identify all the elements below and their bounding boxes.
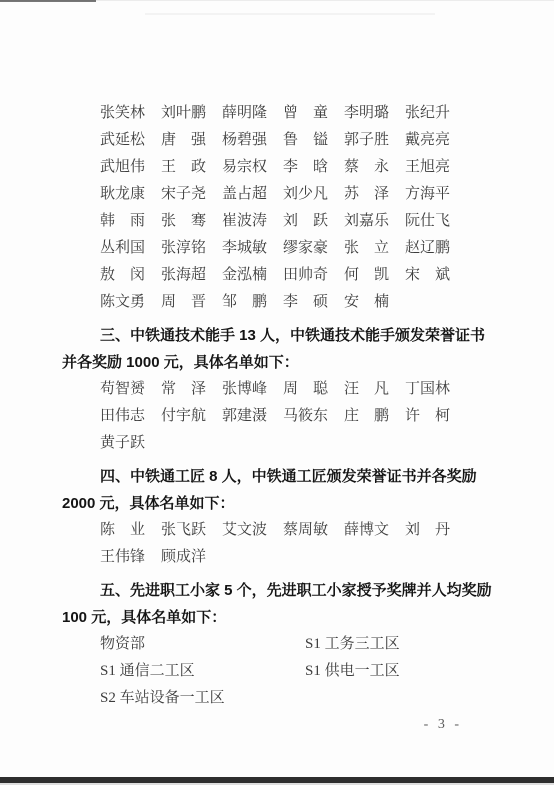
person-name: 唐 强 (161, 127, 206, 154)
person-name: 周 晋 (161, 289, 206, 316)
person-name: 郭建滠 (222, 403, 267, 430)
section-heading-line: 四、中铁通工匠 8 人，中铁通工匠颁发荣誉证书并各奖励 (62, 463, 495, 490)
person-name: 蔡周敏 (283, 517, 328, 544)
person-name: 盖占超 (222, 181, 267, 208)
person-name: 敖 闵 (100, 262, 145, 289)
advanced-unit-list: 物资部S1 工务三工区S1 通信二工区S1 供电一工区S2 车站设备一工区 (100, 631, 495, 712)
section-heading-line: 并各奖励 1000 元，具体名单如下： (62, 349, 495, 376)
person-name: 郭子胜 (344, 127, 389, 154)
section-heading-line: 五、先进职工小家 5 个，先进职工小家授予奖牌并人均奖励 (62, 577, 495, 604)
person-name: 李 硕 (283, 289, 328, 316)
scan-smudge-top-left (0, 0, 96, 2)
person-name: 李明璐 (344, 100, 389, 127)
section-heading-line: 2000 元，具体名单如下： (62, 490, 495, 517)
person-name: 曾 童 (283, 100, 328, 127)
award-name-list-craftsmen: 陈 业张飞跃艾文波蔡周敏薛博文刘 丹王伟锋顾成洋 (100, 517, 495, 571)
person-name: 武旭伟 (100, 154, 145, 181)
person-name: 张 骞 (161, 208, 206, 235)
person-name: 耿龙康 (100, 181, 145, 208)
person-name: 刘叶鹏 (161, 100, 206, 127)
person-name: 韩 雨 (100, 208, 145, 235)
award-name-list-technical-experts: 苟智赟常 泽张博峰周 聪汪 凡丁国林田伟志付宇航郭建滠马筱东庄 鹏许 柯黄子跃 (100, 376, 495, 457)
person-name: 张飞跃 (161, 517, 206, 544)
person-name: 艾文波 (222, 517, 267, 544)
person-name: 黄子跃 (100, 430, 145, 457)
person-name: 阮仕飞 (405, 208, 450, 235)
person-name: 赵辽鹏 (405, 235, 450, 262)
person-name: 安 楠 (344, 289, 389, 316)
person-name: 薛明隆 (222, 100, 267, 127)
unit-name (305, 685, 495, 712)
person-name: 刘 丹 (405, 517, 450, 544)
person-name: 马筱东 (283, 403, 328, 430)
person-name: 鲁 镒 (283, 127, 328, 154)
person-name: 戴亮亮 (405, 127, 450, 154)
person-name: 汪 凡 (344, 376, 389, 403)
person-name: 刘嘉乐 (344, 208, 389, 235)
person-name: 张海超 (161, 262, 206, 289)
person-name: 杨碧强 (222, 127, 267, 154)
person-name: 苏 泽 (344, 181, 389, 208)
person-name: 王旭亮 (405, 154, 450, 181)
person-name: 方海平 (405, 181, 450, 208)
person-name: 张笑林 (100, 100, 145, 127)
person-name: 邹 鹏 (222, 289, 267, 316)
unit-name: S1 通信二工区 (100, 658, 305, 685)
unit-name: S1 工务三工区 (305, 631, 495, 658)
person-name: 王伟锋 (100, 544, 145, 571)
person-name: 缪家豪 (283, 235, 328, 262)
person-name: 武延松 (100, 127, 145, 154)
person-name: 丁国林 (405, 376, 450, 403)
person-name: 顾成洋 (161, 544, 206, 571)
person-name: 宋 斌 (405, 262, 450, 289)
person-name: 庄 鹏 (344, 403, 389, 430)
person-name: 蔡 永 (344, 154, 389, 181)
scan-streak (145, 13, 435, 15)
person-name: 金泓楠 (222, 262, 267, 289)
person-name: 李 晗 (283, 154, 328, 181)
page-number: - 3 - (424, 717, 462, 733)
person-name: 陈文勇 (100, 289, 145, 316)
person-name: 张 立 (344, 235, 389, 262)
person-name: 王 政 (161, 154, 206, 181)
unit-name: 物资部 (100, 631, 305, 658)
person-name: 何 凯 (344, 262, 389, 289)
person-name: 刘 跃 (283, 208, 328, 235)
person-name: 李城敏 (222, 235, 267, 262)
section-heading-3: 三、中铁通技术能手 13 人，中铁通技术能手颁发荣誉证书 并各奖励 1000 元… (62, 322, 495, 376)
scanned-document-page: { "document": { "continued_names": [ ["张… (0, 0, 554, 785)
person-name: 苟智赟 (100, 376, 145, 403)
person-name: 陈 业 (100, 517, 145, 544)
person-name: 崔波涛 (222, 208, 267, 235)
person-name: 宋子尧 (161, 181, 206, 208)
document-body: 张笑林刘叶鹏薛明隆曾 童李明璐张纪升武延松唐 强杨碧强鲁 镒郭子胜戴亮亮武旭伟王… (62, 100, 495, 712)
person-name: 常 泽 (161, 376, 206, 403)
person-name: 田伟志 (100, 403, 145, 430)
section-heading-4: 四、中铁通工匠 8 人，中铁通工匠颁发荣誉证书并各奖励 2000 元，具体名单如… (62, 463, 495, 517)
person-name: 田帅奇 (283, 262, 328, 289)
person-name: 周 聪 (283, 376, 328, 403)
person-name: 张淳铭 (161, 235, 206, 262)
person-name: 许 柯 (405, 403, 450, 430)
person-name: 丛利国 (100, 235, 145, 262)
person-name: 付宇航 (161, 403, 206, 430)
unit-name: S2 车站设备一工区 (100, 685, 305, 712)
section-heading-line: 三、中铁通技术能手 13 人，中铁通技术能手颁发荣誉证书 (62, 322, 495, 349)
section-heading-5: 五、先进职工小家 5 个，先进职工小家授予奖牌并人均奖励 100 元，具体名单如… (62, 577, 495, 631)
person-name: 易宗权 (222, 154, 267, 181)
person-name: 刘少凡 (283, 181, 328, 208)
section-heading-line: 100 元，具体名单如下： (62, 604, 495, 631)
award-name-list-continued: 张笑林刘叶鹏薛明隆曾 童李明璐张纪升武延松唐 强杨碧强鲁 镒郭子胜戴亮亮武旭伟王… (100, 100, 495, 316)
person-name: 薛博文 (344, 517, 389, 544)
person-name: 张博峰 (222, 376, 267, 403)
unit-name: S1 供电一工区 (305, 658, 495, 685)
person-name: 张纪升 (405, 100, 450, 127)
